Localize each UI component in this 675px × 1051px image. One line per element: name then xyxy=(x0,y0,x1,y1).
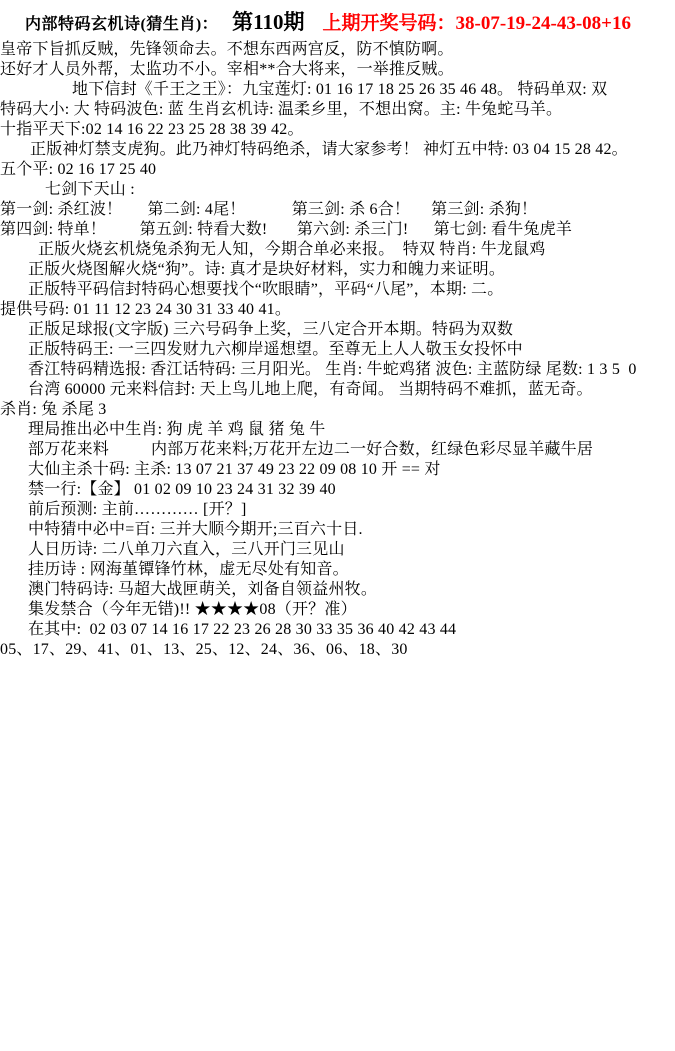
text-line: 理局推出必中生肖: 狗 虎 羊 鸡 鼠 猪 兔 牛 xyxy=(0,420,675,440)
text-line: 五个平: 02 16 17 25 40 xyxy=(0,160,675,180)
text-line: 集发禁合（今年无错)!! ★★★★08（开？准） xyxy=(0,600,675,620)
text-line: 05、17、29、41、01、13、25、12、24、36、06、18、30 xyxy=(0,640,675,660)
text-line: 特码大小: 大 特码波色: 蓝 生肖玄机诗: 温柔乡里，不想出窝。主: 牛兔蛇马… xyxy=(0,100,675,120)
document-header: 内部特码玄机诗(猜生肖)： 第110期 上期开奖号码：38-07-19-24-4… xyxy=(0,0,675,38)
lottery-tip-sheet: 内部特码玄机诗(猜生肖)： 第110期 上期开奖号码：38-07-19-24-4… xyxy=(0,0,675,1051)
text-line: 正版神灯禁支虎狗。此乃神灯特码绝杀，请大家参考！ 神灯五中特: 03 04 15… xyxy=(0,140,675,160)
header-title: 内部特码玄机诗(猜生肖)： xyxy=(25,11,218,34)
text-line: 十指平天下:02 14 16 22 23 25 28 38 39 42。 xyxy=(0,120,675,140)
text-line: 正版特码王: 一三四发财九六柳岸遥想望。至尊无上人人敬玉女投怀中 xyxy=(0,340,675,360)
issue-number: 第110期 xyxy=(232,6,304,36)
text-line: 禁一行:【金】 01 02 09 10 23 24 31 32 39 40 xyxy=(0,480,675,500)
text-line: 还好才人员外帮，太监功不小。宰相**合大将来，一举推反贼。 xyxy=(0,60,675,80)
text-line: 在其中: 02 03 07 14 16 17 22 23 26 28 30 33… xyxy=(0,620,675,640)
text-line: 正版火烧图解火烧“狗”。诗: 真才是块好材料，实力和魄力来证明。 xyxy=(0,260,675,280)
text-line: 部万花来料 内部万花来料;万花开左边二一好合数，红绿色彩尽显羊藏牛居 xyxy=(0,440,675,460)
text-line: 香江特码精选报: 香江话特码: 三月阳光。 生肖: 牛蛇鸡猪 波色: 主蓝防绿 … xyxy=(0,360,675,380)
text-line: 杀肖: 兔 杀尾 3 xyxy=(0,400,675,420)
text-line: 提供号码: 01 11 12 23 24 30 31 33 40 41。 xyxy=(0,300,675,320)
text-line: 正版火烧玄机烧兔杀狗无人知，今期合单必来报。 特双 特肖: 牛龙鼠鸡 xyxy=(0,240,675,260)
last-draw-numbers: 上期开奖号码：38-07-19-24-43-08+16 xyxy=(323,8,631,35)
text-line: 前后预测: 主前………… [开？] xyxy=(0,500,675,520)
text-line: 人日历诗: 二八单刀六直入，三八开门三见山 xyxy=(0,540,675,560)
text-line: 皇帝下旨抓反贼，先锋领命去。不想东西两宫反，防不慎防啊。 xyxy=(0,40,675,60)
text-line: 地下信封《千王之王》：九宝莲灯: 01 16 17 18 25 26 35 46… xyxy=(0,80,675,100)
text-line: 正版特平码信封特码心想要找个“吹眼睛”，平码“八尾”，本期: 二。 xyxy=(0,280,675,300)
text-line: 七剑下天山 : xyxy=(0,180,675,200)
text-line: 挂历诗 : 网海堇镡锋竹林，虚无尽处有知音。 xyxy=(0,560,675,580)
text-line: 第一剑: 杀红波！ 第二剑: 4尾！ 第三剑: 杀 6合！ 第三剑: 杀狗！ xyxy=(0,200,675,220)
text-line: 第四剑: 特单！ 第五剑: 特看大数! 第六剑: 杀三门! 第七剑: 看牛兔虎羊 xyxy=(0,220,675,240)
text-line: 中特猜中必中=百: 三并大顺今期开;三百六十日. xyxy=(0,520,675,540)
document-body: 皇帝下旨抓反贼，先锋领命去。不想东西两宫反，防不慎防啊。还好才人员外帮，太监功不… xyxy=(0,38,675,660)
text-line: 澳门特码诗: 马超大战匣萌关，刘备自领益州牧。 xyxy=(0,580,675,600)
text-line: 台湾 60000 元来料信封: 天上鸟儿地上爬，有奇闻。 当期特码不难抓，蓝无奇… xyxy=(0,380,675,400)
text-line: 正版足球报(文字版) 三六号码争上奖，三八定合开本期。特码为双数 xyxy=(0,320,675,340)
text-line: 大仙主杀十码: 主杀: 13 07 21 37 49 23 22 09 08 1… xyxy=(0,460,675,480)
